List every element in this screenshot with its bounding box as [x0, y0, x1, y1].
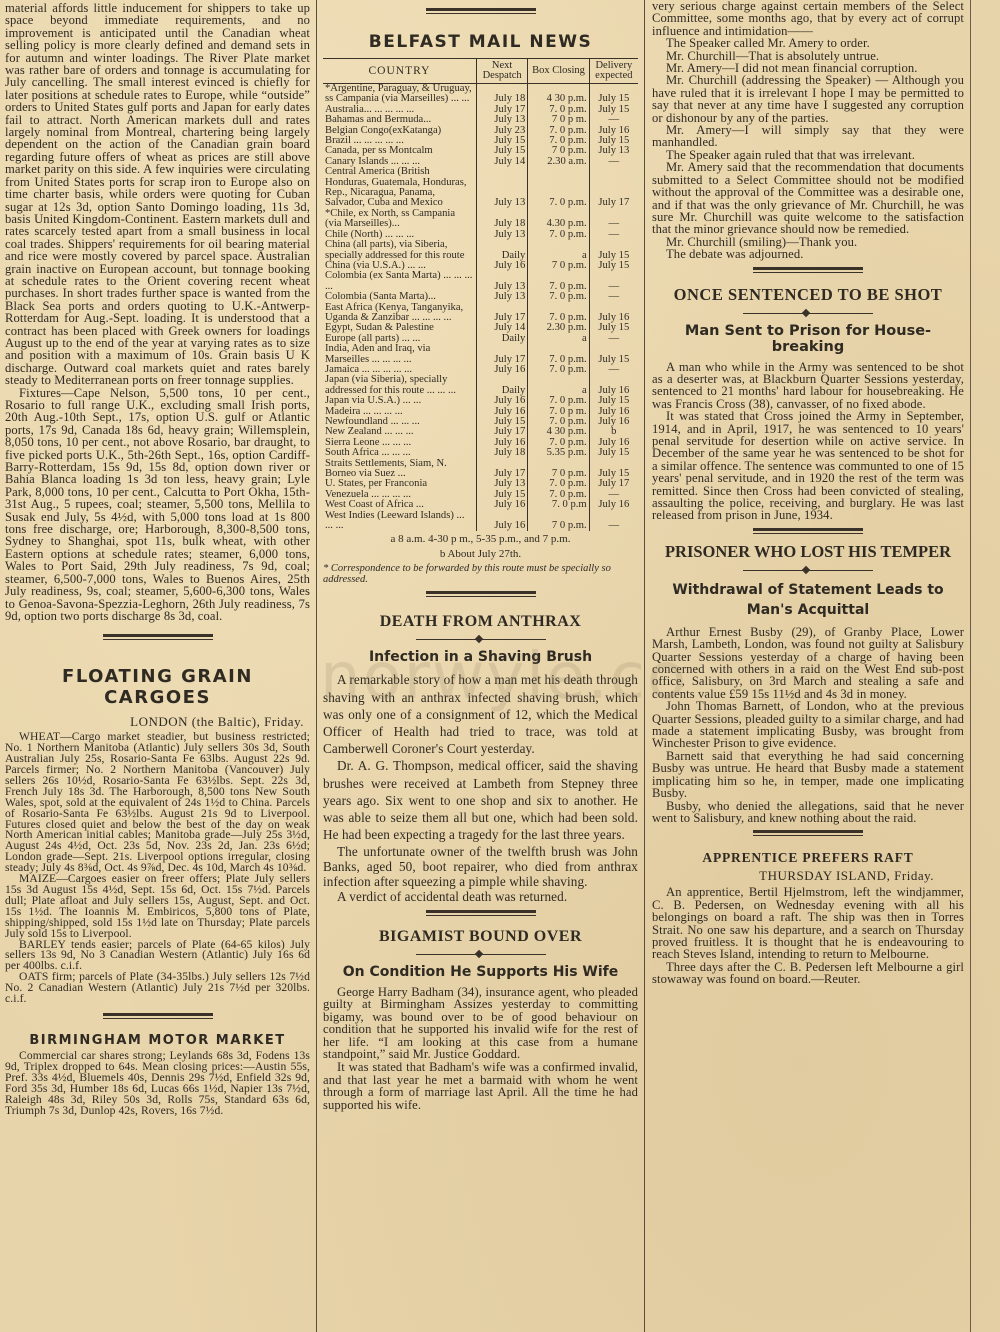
- debate-paragraph: Mr. Amery said that the recommendation t…: [652, 161, 964, 235]
- delivery-cell: July 16: [589, 303, 638, 324]
- delivery-cell: —: [589, 209, 638, 230]
- maize-paragraph: MAIZE—Cargoes easier on freer offers; Pl…: [5, 874, 310, 939]
- closing-cell: 7. 0 p.m.: [528, 271, 589, 292]
- closing-cell: 7. 0 p.m.: [528, 303, 589, 324]
- mail-table-body: *Argentine, Paraguay, & Uruguay, ss Camp…: [323, 84, 638, 532]
- despatch-cell: July 13: [476, 292, 527, 302]
- delivery-cell: —: [589, 292, 638, 302]
- closing-cell: 7. 0 p.m.: [528, 344, 589, 365]
- anthrax-paragraph: Dr. A. G. Thompson, medical officer, sai…: [323, 757, 638, 843]
- motor-paragraph: Commercial car shares strong; Leylands 6…: [5, 1051, 310, 1116]
- delivery-cell: July 16: [589, 500, 638, 510]
- table-row: India, Aden and Iraq, via Marseilles ...…: [323, 344, 638, 365]
- footnote: * Correspondence to be forwarded by this…: [323, 563, 638, 585]
- headline-anthrax: DEATH FROM ANTHRAX: [323, 613, 638, 631]
- closing-cell: 7. 0 p.m.: [528, 365, 589, 375]
- section-divider: [753, 528, 863, 534]
- despatch-cell: July 14: [476, 157, 527, 167]
- table-row: East Africa (Kenya, Tanganyika, Uganda &…: [323, 303, 638, 324]
- closing-cell: a: [528, 375, 589, 396]
- ornament-divider: [743, 566, 873, 574]
- despatch-cell: July 16: [476, 500, 527, 510]
- delivery-cell: July 16: [589, 375, 638, 396]
- header-delivery: Delivery expected: [589, 59, 638, 84]
- table-row: China (all parts), via Siberia, speciall…: [323, 240, 638, 261]
- temper-paragraph: Barnett said that everything he had said…: [652, 750, 964, 800]
- note-b: b About July 27th.: [323, 548, 638, 561]
- barley-paragraph: BARLEY tends easier; parcels of Plate (6…: [5, 940, 310, 973]
- closing-cell: 7. 0 p.m.: [528, 292, 589, 302]
- closing-cell: 4 30 p.m.: [528, 84, 589, 105]
- ornament-divider: [416, 635, 546, 643]
- header-despatch: Next Despatch: [476, 59, 527, 84]
- dateline: THURSDAY ISLAND, Friday.: [652, 868, 934, 884]
- headline-belfast-mail: BELFAST MAIL NEWS: [323, 32, 638, 52]
- bigamist-paragraph: George Harry Badham (34), insurance agen…: [323, 986, 638, 1062]
- delivery-cell: July 15: [589, 84, 638, 105]
- delivery-cell: July 15: [589, 459, 638, 480]
- table-header-row: COUNTRY Next Despatch Box Closing Delive…: [323, 59, 638, 84]
- debate-paragraph: The debate was adjourned.: [652, 248, 964, 260]
- raft-paragraph: Three days after the C. B. Pedersen left…: [652, 961, 964, 986]
- despatch-cell: July 16: [476, 511, 527, 532]
- subhead-sentenced-shot: Man Sent to Prison for House-breaking: [652, 323, 964, 355]
- delivery-cell: July 15: [589, 344, 638, 365]
- delivery-cell: July 15: [589, 240, 638, 261]
- delivery-cell: —: [589, 334, 638, 344]
- shot-paragraph: A man who while in the Army was sentence…: [652, 361, 964, 411]
- column-3: very serious charge against certain memb…: [652, 0, 964, 1332]
- debate-paragraph: Mr. Churchill (addressing the Speaker) —…: [652, 74, 964, 124]
- section-divider: [103, 634, 213, 640]
- newspaper-page: material affords little inducement for s…: [0, 0, 1000, 1332]
- closing-cell: a: [528, 240, 589, 261]
- delivery-cell: —: [589, 271, 638, 292]
- section-divider: [753, 830, 863, 836]
- delivery-cell: July 15: [589, 448, 638, 458]
- table-row: *Chile, ex North, ss Campania (via Marse…: [323, 209, 638, 230]
- temper-paragraph: Arthur Ernest Busby (29), of Granby Plac…: [652, 626, 964, 700]
- despatch-cell: July 18: [476, 84, 527, 105]
- ornament-divider: [743, 309, 873, 317]
- table-row: Japan (via Siberia), specially addressed…: [323, 375, 638, 396]
- closing-cell: 7 0 p.m.: [528, 459, 589, 480]
- despatch-cell: July 17: [476, 303, 527, 324]
- headline-lost-temper: PRISONER WHO LOST HIS TEMPER: [652, 542, 964, 562]
- closing-cell: 7. 0 p.m: [528, 500, 589, 510]
- subhead-anthrax: Infection in a Shaving Brush: [323, 649, 638, 665]
- despatch-cell: July 13: [476, 230, 527, 240]
- table-row: *Argentine, Paraguay, & Uruguay, ss Camp…: [323, 84, 638, 105]
- note-a: a 8 a.m. 4-30 p m., 5-35 p.m., and 7 p.m…: [323, 533, 638, 546]
- country-cell: Colombia (ex Santa Marta) ... ... ... ..…: [323, 271, 476, 292]
- fixtures-paragraph: Fixtures—Cape Nelson, 5,500 tons, 10 per…: [5, 387, 310, 623]
- despatch-cell: July 17: [476, 459, 527, 480]
- closing-cell: a: [528, 334, 589, 344]
- header-closing: Box Closing: [528, 59, 589, 84]
- section-divider: [426, 910, 536, 916]
- shipping-paragraph: material affords little inducement for s…: [5, 2, 310, 387]
- table-row: Straits Settlements, Siam, N. Borneo via…: [323, 459, 638, 480]
- despatch-cell: Daily: [476, 334, 527, 344]
- closing-cell: 2.30 p.m.: [528, 323, 589, 333]
- closing-cell: 2.30 a.m.: [528, 157, 589, 167]
- ornament-divider: [416, 950, 546, 958]
- headline-apprentice-raft: APPRENTICE PREFERS RAFT: [652, 850, 964, 866]
- temper-paragraph: John Thomas Barnett, of London, who at t…: [652, 700, 964, 750]
- anthrax-paragraph: A remarkable story of how a man met his …: [323, 671, 638, 757]
- column-2: BELFAST MAIL NEWS COUNTRY Next Despatch …: [323, 0, 638, 1332]
- debate-report: very serious charge against certain memb…: [652, 0, 964, 261]
- table-row: Colombia (ex Santa Marta) ... ... ... ..…: [323, 271, 638, 292]
- country-cell: Japan (via Siberia), specially addressed…: [323, 375, 476, 396]
- country-cell: *Chile, ex North, ss Campania (via Marse…: [323, 209, 476, 230]
- debate-paragraph: Mr. Amery—I will simply say that they we…: [652, 124, 964, 149]
- section-divider: [426, 8, 536, 14]
- despatch-cell: July 16: [476, 261, 527, 271]
- closing-cell: 5.35 p.m.: [528, 448, 589, 458]
- country-cell: Central America (British Honduras, Guate…: [323, 167, 476, 209]
- country-cell: India, Aden and Iraq, via Marseilles ...…: [323, 344, 476, 365]
- subhead-lost-temper: Withdrawal of Statement Leads to Man's A…: [652, 580, 964, 620]
- section-divider: [426, 591, 536, 597]
- closing-cell: 7 0 p.m.: [528, 511, 589, 532]
- headline-floating-grain: FLOATING GRAIN CARGOES: [5, 666, 310, 708]
- headline-motor-market: BIRMINGHAM MOTOR MARKET: [5, 1033, 310, 1048]
- country-cell: *Argentine, Paraguay, & Uruguay, ss Camp…: [323, 84, 476, 105]
- delivery-cell: —: [589, 230, 638, 240]
- country-cell: China (all parts), via Siberia, speciall…: [323, 240, 476, 261]
- column-rule: [970, 0, 971, 1332]
- delivery-cell: —: [589, 511, 638, 532]
- subhead-bigamist: On Condition He Supports His Wife: [323, 964, 638, 980]
- raft-paragraph: An apprentice, Bertil Hjelmstrom, left t…: [652, 886, 964, 960]
- country-cell: Straits Settlements, Siam, N. Borneo via…: [323, 459, 476, 480]
- delivery-cell: July 15: [589, 261, 638, 271]
- column-1: material affords little inducement for s…: [5, 0, 310, 1332]
- section-divider: [103, 1013, 213, 1019]
- anthrax-paragraph: The unfortunate owner of the twelfth bru…: [323, 844, 638, 889]
- wheat-paragraph: WHEAT—Cargo market steadier, but busines…: [5, 732, 310, 874]
- temper-paragraph: Busby, who denied the allegations, said …: [652, 800, 964, 825]
- oats-paragraph: OATS firm; parcels of Plate (34-35lbs.) …: [5, 972, 310, 1005]
- mail-schedule-table: COUNTRY Next Despatch Box Closing Delive…: [323, 58, 638, 531]
- despatch-cell: Daily: [476, 375, 527, 396]
- debate-paragraph: The Speaker called Mr. Amery to order.: [652, 37, 964, 49]
- delivery-cell: —: [589, 157, 638, 167]
- column-rule: [644, 0, 645, 1332]
- bigamist-paragraph: It was stated that Badham's wife was a c…: [323, 1061, 638, 1111]
- headline-sentenced-shot: ONCE SENTENCED TO BE SHOT: [652, 285, 964, 305]
- anthrax-paragraph: A verdict of accidental death was return…: [323, 889, 638, 904]
- table-row: Central America (British Honduras, Guate…: [323, 167, 638, 209]
- header-country: COUNTRY: [323, 59, 476, 84]
- country-cell: Colombia (Santa Marta)...: [323, 292, 476, 302]
- closing-cell: 7. 0 p.m.: [528, 167, 589, 209]
- headline-bigamist: BIGAMIST BOUND OVER: [323, 928, 638, 946]
- closing-cell: 7 0 p.m.: [528, 261, 589, 271]
- country-cell: West Indies (Leeward Islands) ... ... ..…: [323, 511, 476, 532]
- column-rule: [316, 0, 317, 1332]
- shot-paragraph: It was stated that Cross joined the Army…: [652, 410, 964, 522]
- table-row: Colombia (Santa Marta)...July 137. 0 p.m…: [323, 292, 638, 302]
- despatch-cell: July 18: [476, 448, 527, 458]
- country-cell: East Africa (Kenya, Tanganyika, Uganda &…: [323, 303, 476, 324]
- dateline: LONDON (the Baltic), Friday.: [5, 714, 304, 730]
- delivery-cell: July 17: [589, 167, 638, 209]
- despatch-cell: Daily: [476, 240, 527, 261]
- despatch-cell: July 13: [476, 271, 527, 292]
- despatch-cell: July 17: [476, 344, 527, 365]
- debate-paragraph: very serious charge against certain memb…: [652, 0, 964, 37]
- closing-cell: 7. 0 p.m.: [528, 230, 589, 240]
- despatch-cell: July 13: [476, 167, 527, 209]
- delivery-cell: —: [589, 365, 638, 375]
- table-row: West Indies (Leeward Islands) ... ... ..…: [323, 511, 638, 532]
- despatch-cell: July 16: [476, 365, 527, 375]
- despatch-cell: July 18: [476, 209, 527, 230]
- section-divider: [753, 267, 863, 273]
- closing-cell: 4.30 p.m.: [528, 209, 589, 230]
